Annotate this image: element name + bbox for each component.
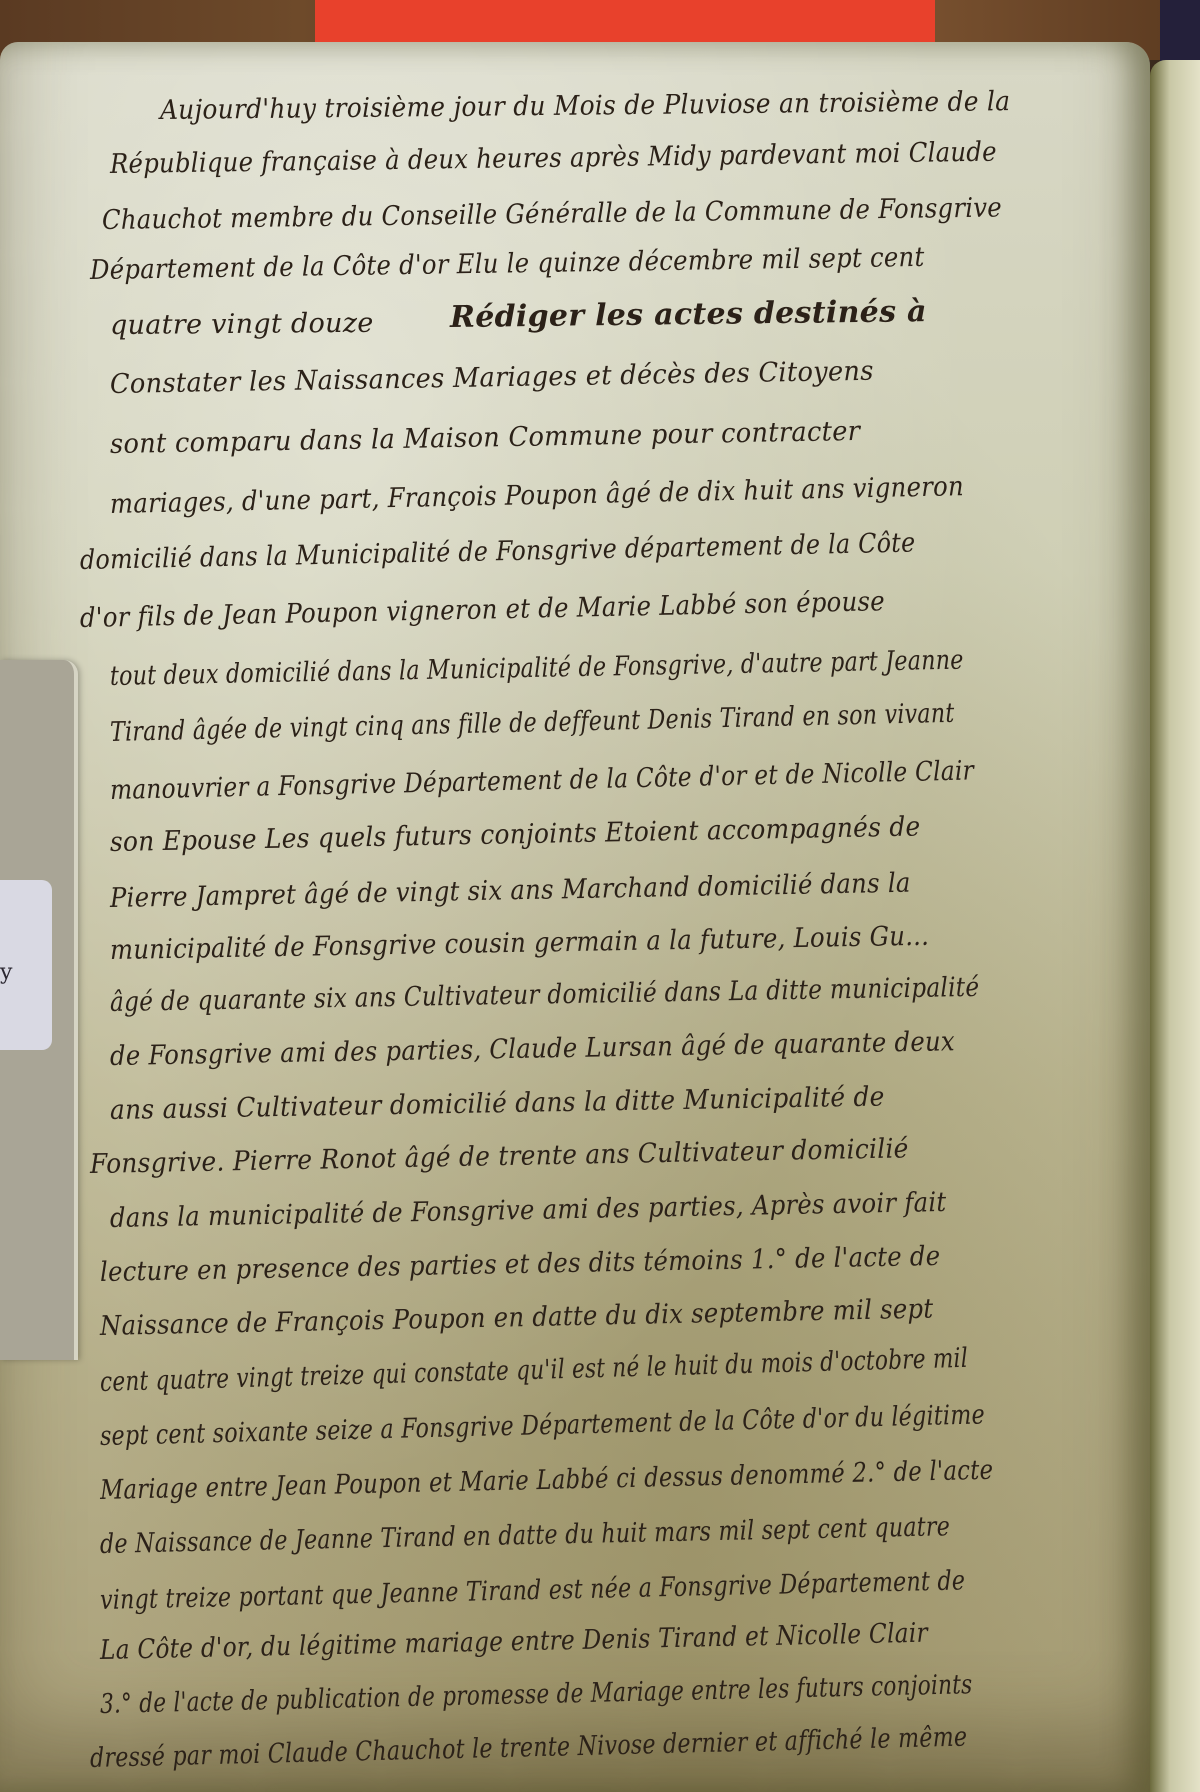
red-bookmark-strip	[315, 0, 935, 48]
label-glyph: y	[0, 960, 14, 985]
facing-page-edge	[1150, 60, 1200, 1792]
manuscript-line: quatre vingt douze	[110, 308, 374, 341]
manuscript-line: Rédiger les actes destinés à	[450, 294, 927, 335]
